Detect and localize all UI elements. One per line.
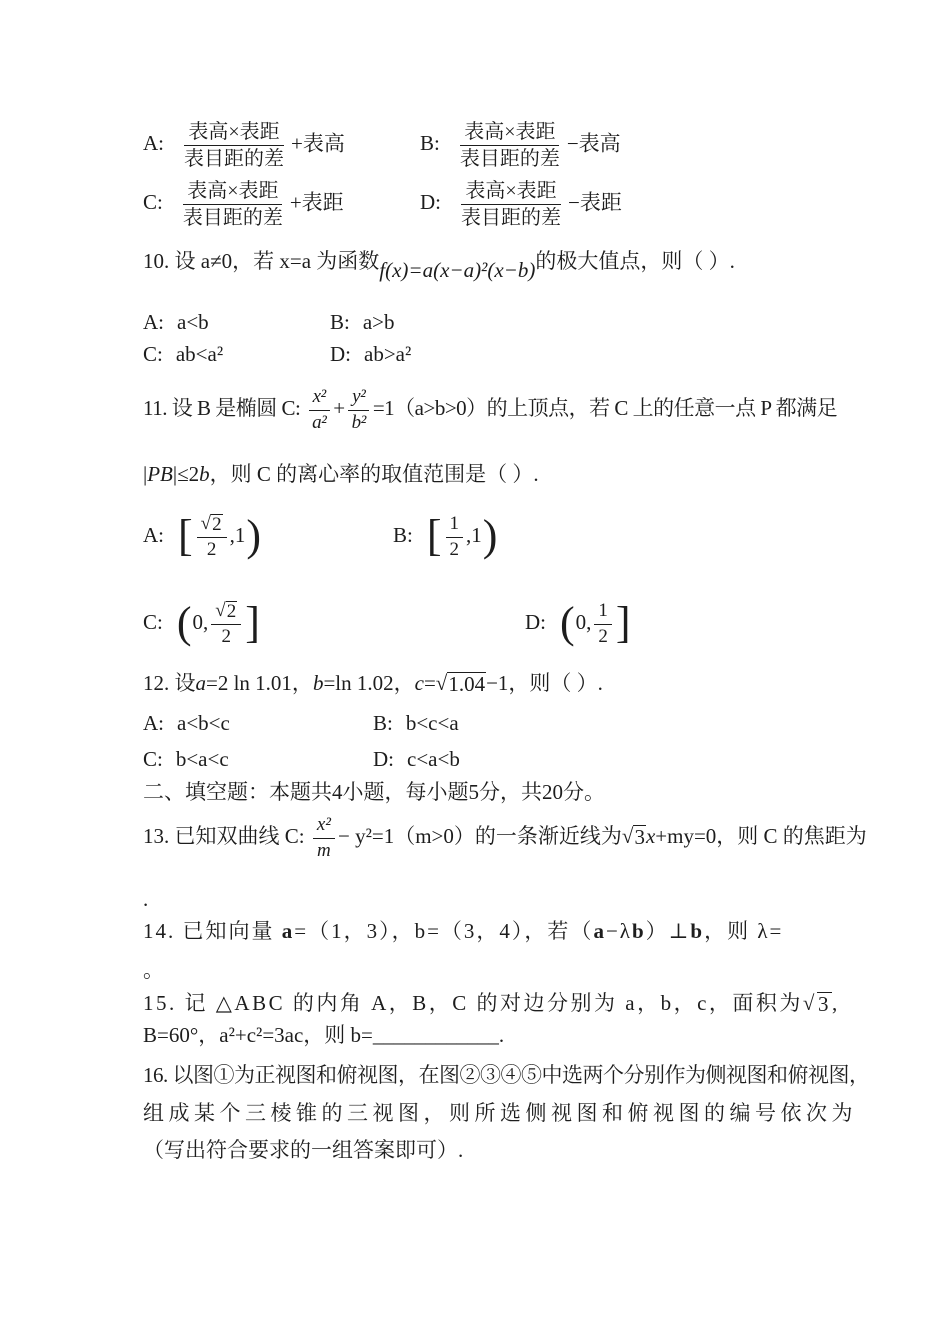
q9-option-c: C:表高×表距表目距的差+表距 [143, 179, 420, 230]
post-text: ,1 [466, 523, 482, 547]
fraction-denominator: 表目距的差 [180, 146, 288, 171]
q9-options: A:表高×表距表目距的差+表高 B:表高×表距表目距的差−表高 C:表高×表距表… [143, 116, 622, 234]
option-label: D: [525, 610, 546, 634]
radicand: 1.04 [447, 672, 486, 695]
q9-option-d: D:表高×表距表目距的差−表距 [420, 179, 622, 230]
q11-line2-tail: ，则 C 的离心率的取值范围是（ ）. [210, 462, 539, 486]
period: . [143, 887, 148, 911]
question-15-line2: B=60°，a²+c²=3ac，则 b=____________. [143, 1020, 504, 1050]
q12-option-d: D:c<a<b [373, 744, 460, 774]
sqrt: 1.04 [436, 672, 486, 695]
a-var: a [196, 671, 207, 695]
q13-answer-period: . [143, 884, 148, 914]
q15-line1-end: , [832, 991, 840, 1015]
fraction: 表高×表距表目距的差 [179, 179, 287, 230]
q13-lead: 13. 已知双曲线 C: [143, 824, 310, 848]
q10-tail: 的极大值点，则（ ）. [535, 249, 735, 273]
q12-option-c: C:b<a<c [143, 744, 373, 774]
fraction-numerator: x² [313, 814, 335, 839]
fraction-numerator: 表高×表距 [460, 120, 559, 146]
option-label: A: [143, 310, 164, 334]
q11-option-a: A:[22,1) [143, 513, 393, 562]
vector-b: b [690, 919, 704, 943]
fraction-denominator: 2 [446, 538, 464, 562]
sqrt: 2 [201, 514, 223, 535]
b-var: b [199, 462, 210, 486]
numerator-text: 1 [450, 513, 460, 534]
pb-segment: PB [147, 462, 173, 486]
q14-lead: 14. 已知向量 [143, 919, 282, 943]
q12-option-a: A:a<b<c [143, 708, 373, 738]
q11-option-c: C:(0,22] [143, 600, 525, 649]
radicand: 3 [817, 992, 832, 1015]
question-14: 14. 已知向量 a=（1，3），b=（3，4），若（a−λb）⊥b，则 λ= [143, 916, 783, 946]
question-15-line1: 15. 记 △ABC 的内角 A，B，C 的对边分别为 a，b，c，面积为3, [143, 988, 840, 1018]
fraction: 表高×表距表目距的差 [456, 120, 564, 171]
fraction: 表高×表距表目距的差 [457, 179, 565, 230]
q12-option-b: B:b<c<a [373, 708, 460, 738]
q11-options-row1: A:[22,1) B:[12,1) [143, 494, 632, 581]
fraction-denominator: 表目距的差 [179, 205, 287, 230]
q14-seg1: =（1，3），b=（3，4），若（ [294, 919, 593, 943]
fraction-denominator: b² [348, 411, 370, 435]
fraction: x²a² [308, 386, 330, 435]
section2-title: 二、填空题：本题共4小题，每小题5分，共20分。 [143, 780, 605, 804]
open-bracket: ( [177, 601, 192, 645]
section2-header: 二、填空题：本题共4小题，每小题5分，共20分。 [143, 777, 605, 807]
radicand: 2 [211, 514, 223, 535]
open-bracket: [ [427, 514, 442, 558]
period: 。 [143, 958, 164, 982]
q11-options-row2: C:(0,22] D:(0,12] [143, 581, 632, 668]
fraction-numerator: x² [309, 386, 330, 411]
q14-seg3: ）⊥ [646, 919, 691, 943]
option-text: a>b [363, 310, 395, 334]
fraction-denominator: 表目距的差 [456, 146, 564, 171]
q10-option-d: D:ab>a² [330, 339, 411, 369]
close-bracket: ) [246, 514, 261, 558]
q10-option-c: C:ab<a² [143, 339, 330, 369]
answer-blank: ____________ [373, 1023, 499, 1047]
leq-segment: |≤2 [173, 462, 199, 486]
q11-lead: 11. 设 B 是椭圆 C: [143, 396, 305, 420]
q12-seg-c: = [424, 671, 436, 695]
vector-a: a [593, 919, 606, 943]
close-bracket: ) [483, 514, 498, 558]
fraction-denominator: a² [308, 411, 330, 435]
question-16-line1: 16. 以图①为正视图和俯视图，在图②③④⑤中选两个分别作为侧视图和俯视图， [143, 1060, 870, 1090]
fraction: 22 [197, 513, 227, 562]
fraction-denominator: 2 [594, 625, 612, 649]
q15-line1: 15. 记 △ABC 的内角 A，B，C 的对边分别为 a，b，c，面积为 [143, 991, 803, 1015]
close-bracket: ] [245, 601, 260, 645]
option-text: b<c<a [406, 711, 459, 735]
q12-seg-a: =2 ln 1.01， [206, 671, 313, 695]
fraction-numerator: y² [348, 386, 369, 411]
fraction: 22 [211, 600, 241, 649]
fraction-numerator: 表高×表距 [461, 179, 560, 205]
fraction-numerator: 2 [197, 513, 227, 538]
open-bracket: ( [560, 601, 575, 645]
fraction-denominator: 2 [203, 538, 221, 562]
q14-seg2: −λ [606, 919, 632, 943]
fraction-numerator: 1 [594, 600, 612, 625]
question-16-line2: 组成某个三棱锥的三视图，则所选侧视图和俯视图的编号依次为 [143, 1098, 857, 1128]
post-text: ,1 [230, 523, 246, 547]
sqrt: 2 [215, 601, 237, 622]
sqrt: 3 [622, 825, 646, 848]
fraction-denominator: 2 [217, 625, 235, 649]
option-label: D: [330, 342, 351, 366]
x-var: x [646, 824, 655, 848]
q13-mid: − y²=1（m>0）的一条渐近线为 [338, 824, 622, 848]
fraction-denominator: 表目距的差 [457, 205, 565, 230]
q12-lead: 12. 设 [143, 671, 196, 695]
pre-text: 0, [576, 610, 592, 634]
equals-one: =1 [373, 396, 394, 420]
q12-tail: −1，则（ ）. [486, 671, 603, 695]
fraction-denominator: m [313, 839, 335, 863]
option-label: D: [420, 190, 441, 214]
q11-options: A:[22,1) B:[12,1) C:(0,22] D:(0,12] [143, 494, 632, 668]
question-12: 12. 设a=2 ln 1.01，b=ln 1.02，c=1.04−1，则（ ）… [143, 668, 603, 698]
option-label: D: [373, 747, 394, 771]
close-bracket: ] [616, 601, 631, 645]
q10-option-b: B:a>b [330, 307, 411, 337]
q12-options: A:a<b<c B:b<c<a C:b<a<c D:c<a<b [143, 705, 460, 777]
q10-option-a: A:a<b [143, 307, 330, 337]
option-tail: −表距 [568, 190, 622, 214]
option-text: ab>a² [364, 342, 411, 366]
option-label: B: [393, 523, 413, 547]
q10-lead: 10. 设 a≠0，若 x=a 为函数 [143, 249, 379, 273]
q9-option-b: B:表高×表距表目距的差−表高 [420, 120, 622, 171]
q15-line2: B=60°，a²+c²=3ac，则 b= [143, 1023, 373, 1047]
option-label: C: [143, 190, 163, 214]
fraction-numerator: 1 [446, 513, 464, 538]
option-text: a<b [177, 310, 209, 334]
q14-answer-period: 。 [143, 955, 164, 985]
q11-option-d: D:(0,12] [525, 600, 632, 649]
plus-sign: + [333, 396, 344, 420]
option-label: A: [143, 523, 164, 547]
vector-a: a [282, 919, 295, 943]
pre-text: 0, [193, 610, 209, 634]
fraction: 表高×表距表目距的差 [180, 120, 288, 171]
fraction: y²b² [348, 386, 370, 435]
option-text: c<a<b [407, 747, 460, 771]
q11-tail: （a>b>0）的上顶点，若 C 上的任意一点 P 都满足 [394, 396, 837, 420]
option-tail: −表高 [567, 131, 621, 155]
q16-line1: 16. 以图①为正视图和俯视图，在图②③④⑤中选两个分别作为侧视图和俯视图， [143, 1063, 870, 1087]
fraction-numerator: 表高×表距 [183, 179, 282, 205]
fraction-numerator: 表高×表距 [184, 120, 283, 146]
option-tail: +表距 [290, 190, 344, 214]
q13-tail: +my=0，则 C 的焦距为 [655, 824, 867, 848]
option-label: C: [143, 342, 163, 366]
q11-option-b: B:[12,1) [393, 513, 498, 562]
q16-line3: （写出符合要求的一组答案即可）. [143, 1138, 463, 1162]
q10-options: A:a<b B:a>b C:ab<a² D:ab>a² [143, 306, 411, 370]
option-label: B: [373, 711, 393, 735]
option-tail: +表高 [291, 131, 345, 155]
question-10: 10. 设 a≠0，若 x=a 为函数f(x)=a(x−a)²(x−b)的极大值… [143, 246, 735, 276]
option-text: a<b<c [177, 711, 230, 735]
option-text: ab<a² [176, 342, 223, 366]
vector-b: b [632, 919, 646, 943]
q14-seg4: ，则 λ= [704, 919, 783, 943]
option-label: C: [143, 747, 163, 771]
q12-seg-b: =ln 1.02， [323, 671, 414, 695]
question-16-line3: （写出符合要求的一组答案即可）. [143, 1135, 463, 1165]
question-11: 11. 设 B 是椭圆 C: x²a²+y²b²=1（a>b>0）的上顶点，若 … [143, 386, 837, 435]
option-label: B: [330, 310, 350, 334]
fraction: x²m [313, 814, 335, 863]
radicand: 3 [633, 825, 646, 848]
q10-formula: f(x)=a(x−a)²(x−b) [379, 258, 535, 282]
option-label: B: [420, 131, 440, 155]
numerator-text: 1 [598, 600, 608, 621]
option-label: A: [143, 711, 164, 735]
q11-line2: |PB|≤2b，则 C 的离心率的取值范围是（ ）. [143, 459, 539, 489]
fraction: 12 [594, 600, 612, 649]
exam-page: A:表高×表距表目距的差+表高 B:表高×表距表目距的差−表高 C:表高×表距表… [0, 0, 950, 1344]
radicand: 2 [226, 601, 238, 622]
fraction: 12 [446, 513, 464, 562]
sqrt: 3 [803, 992, 832, 1015]
option-label: C: [143, 610, 163, 634]
fraction-numerator: 2 [211, 600, 241, 625]
question-13: 13. 已知双曲线 C: x²m− y²=1（m>0）的一条渐近线为3x+my=… [143, 814, 867, 863]
c-var: c [415, 671, 424, 695]
open-bracket: [ [178, 514, 193, 558]
option-text: b<a<c [176, 747, 229, 771]
q15-line2-end: . [499, 1023, 504, 1047]
q16-line2: 组成某个三棱锥的三视图，则所选侧视图和俯视图的编号依次为 [143, 1101, 857, 1125]
option-label: A: [143, 131, 164, 155]
q9-option-a: A:表高×表距表目距的差+表高 [143, 120, 420, 171]
b-var: b [313, 671, 324, 695]
